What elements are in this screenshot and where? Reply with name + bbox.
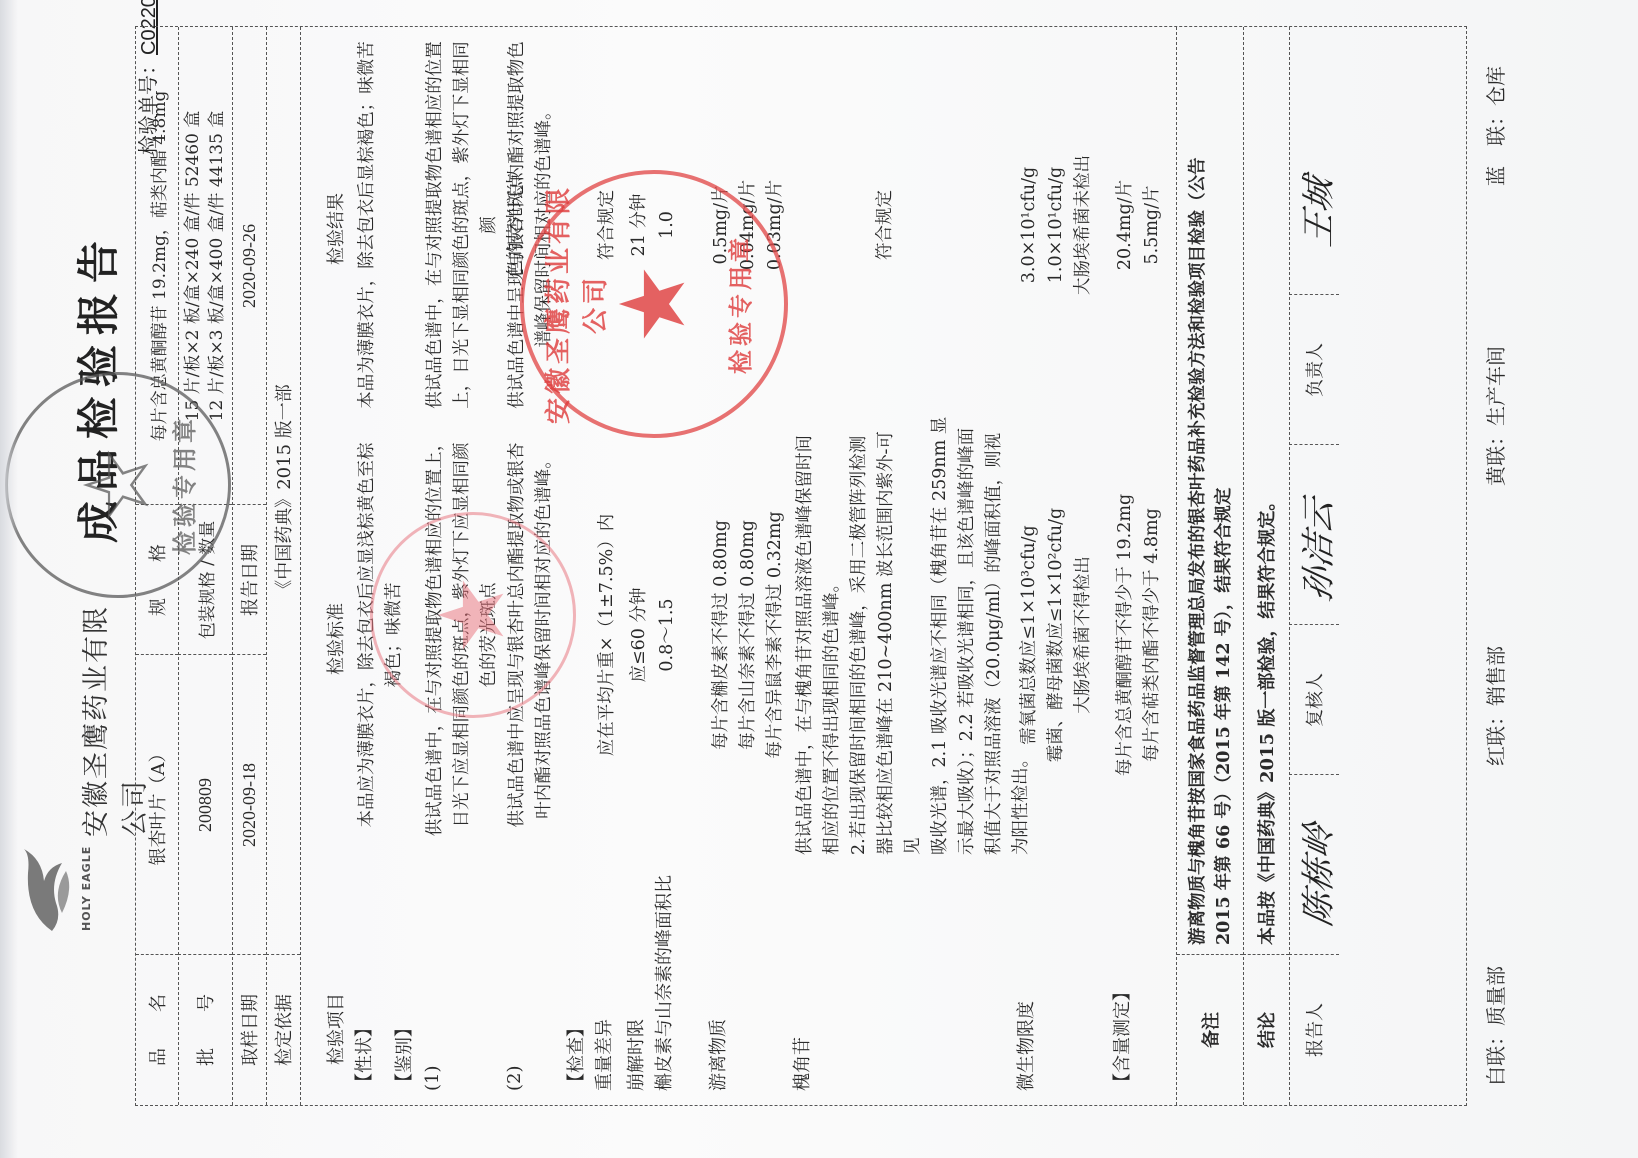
standard-line: 霉菌、酵母菌数应≤1×10²cfu/g bbox=[1043, 415, 1070, 855]
standard-line: 应在平均片重×（1±7.5%）内 bbox=[594, 415, 621, 855]
responsible-signature: 王城 bbox=[1291, 172, 1340, 250]
result-line: 供试品色谱中呈现与银杏叶总内酯对照提取物色 bbox=[504, 35, 531, 415]
test-standard: 供试品色谱中应呈现与银杏叶总内酯提取物或银杏叶内酯对照品色谱峰保留时间相对应的色… bbox=[504, 415, 558, 855]
responsible-label: 负责人 bbox=[1289, 295, 1339, 445]
package-line: 12 片/板×3 板/盒×400 盒/件 44135 盒 bbox=[205, 111, 229, 422]
result-line: 21 分钟 bbox=[626, 35, 653, 415]
test-item-label: 【含量测定】 bbox=[1112, 861, 1134, 1091]
result-line: 符合规定 bbox=[594, 35, 621, 415]
package-value: 15 片/板×2 板/盒×240 盒/件 52460 盒 12 片/板×3 板/… bbox=[178, 27, 232, 505]
test-standard: 需氧菌总数应≤1×10³cfu/g霉菌、酵母菌数应≤1×10²cfu/g大肠埃希… bbox=[1016, 415, 1097, 855]
test-standard: 供试品色谱中，在与槐角苷对照品溶液色谱峰保留时间相应的位置不得出现相同的色谱峰。… bbox=[792, 415, 1035, 855]
result-line: 本品为薄膜衣片，除去包衣后显棕褐色；味微苦 bbox=[354, 35, 381, 415]
standard-line: 0.8～1.5 bbox=[654, 415, 681, 855]
report-table: 品 名 银杏叶片（A） 规 格 每片含总黄酮醇苷 19.2mg，萜类内酯 4.8… bbox=[135, 26, 1467, 1106]
test-result: 符合规定 bbox=[872, 35, 899, 415]
result-line: 3.0×10¹cfu/g bbox=[1016, 35, 1043, 415]
standard-line: 需氧菌总数应≤1×10³cfu/g bbox=[1016, 415, 1043, 855]
row-remarks: 备注 游离物质与槐角苷按国家食品药品监督管理总局发布的银杏叶药品补充检验方法和检… bbox=[1177, 27, 1244, 1105]
copy-red: 红联：销售部 bbox=[1480, 646, 1509, 766]
remarks-label: 备注 bbox=[1177, 955, 1243, 1105]
report-date-value: 2020-09-26 bbox=[232, 27, 266, 505]
test-items-section: 检验项目 检验标准 检验结果 【性状】本品应为薄膜衣片，除去包衣后应显浅棕黄色至… bbox=[304, 27, 1176, 1105]
standard-line: 每片含异鼠李素不得过 0.32mg bbox=[762, 415, 789, 855]
basis-value: 《中国药典》2015 版一部 bbox=[266, 27, 300, 955]
eagle-logo-icon bbox=[22, 847, 76, 933]
result-line: 符合规定 bbox=[872, 35, 899, 415]
remarks-line: 游离物质与槐角苷按国家食品药品监督管理总局发布的银杏叶药品补充检验方法和检验项目… bbox=[1185, 37, 1211, 945]
conclusion-text: 本品按《中国药典》2015 版一部检验，结果符合规定。 bbox=[1253, 493, 1279, 945]
reporter-label: 报告人 bbox=[1289, 955, 1339, 1105]
product-name-value: 银杏叶片（A） bbox=[136, 655, 178, 955]
basis-label: 检定依据 bbox=[266, 955, 300, 1105]
standard-line: 大肠埃希菌不得检出 bbox=[1070, 415, 1097, 855]
standard-line: 供试品色谱中应呈现与银杏叶总内酯提取物或银杏 bbox=[504, 415, 531, 855]
report-date-label: 报告日期 bbox=[232, 505, 266, 655]
remarks-text: 游离物质与槐角苷按国家食品药品监督管理总局发布的银杏叶药品补充检验方法和检验项目… bbox=[1185, 37, 1237, 945]
test-result: 本品为薄膜衣片，除去包衣后显棕褐色；味微苦 bbox=[354, 35, 381, 415]
standard-line: 叶内酯对照品色谱峰保留时间相对应的色谱峰。 bbox=[531, 415, 558, 855]
standard-line: 供试品色谱中，在与槐角苷对照品溶液色谱峰保留时间 bbox=[792, 415, 819, 855]
row-conclusion: 结论 本品按《中国药典》2015 版一部检验，结果符合规定。 bbox=[1243, 27, 1290, 1105]
test-standard: 每片含槲皮素不得过 0.80mg每片含山奈素不得过 0.80mg每片含异鼠李素不… bbox=[708, 415, 789, 855]
test-result: 1.0 bbox=[654, 35, 681, 415]
result-line: 0.04mg/片 bbox=[735, 35, 762, 415]
sample-date-value: 2020-09-18 bbox=[232, 655, 266, 955]
test-standard: 应在平均片重×（1±7.5%）内 bbox=[594, 415, 621, 855]
product-name-label: 品 名 bbox=[136, 955, 178, 1105]
standard-line: 每片含萜类内酯不得少于 4.8mg bbox=[1139, 415, 1166, 855]
test-item-label: (1) bbox=[422, 861, 444, 1091]
result-line: 20.4mg/片 bbox=[1112, 35, 1139, 415]
standard-line: 示最大吸收）；2.2 若吸收光谱相同，且该色谱峰的峰面 bbox=[954, 415, 981, 855]
result-line: 谱峰保留时间相对应的色谱峰。 bbox=[531, 35, 558, 415]
standard-line: 器比较相应色谱峰在 210~400nm 波长范围内紫外-可见 bbox=[873, 415, 927, 855]
test-standard: 本品应为薄膜衣片，除去包衣后应显浅棕黄色至棕褐色；味微苦 bbox=[354, 415, 408, 855]
standard-line: 本品应为薄膜衣片，除去包衣后应显浅棕黄色至棕 bbox=[354, 415, 381, 855]
test-result: 21 分钟 bbox=[626, 35, 653, 415]
report-title: 成品检验报告 bbox=[66, 231, 126, 543]
copy-yellow: 黄联：生产车间 bbox=[1480, 346, 1509, 486]
test-item-label: 槲皮素与山奈素的峰面积比 bbox=[654, 861, 676, 1091]
package-label: 包装规格 / 数量 bbox=[178, 505, 232, 655]
test-item-label: (2) bbox=[504, 861, 526, 1091]
standard-line: 2.若出现保留时间相同的色谱峰，采用二极管阵列检测 bbox=[846, 415, 873, 855]
header-standard: 检验标准 bbox=[322, 603, 348, 675]
header-result: 检验结果 bbox=[322, 193, 348, 265]
standard-line: 褐色；味微苦 bbox=[381, 415, 408, 855]
standard-line: 每片含槲皮素不得过 0.80mg bbox=[708, 415, 735, 855]
reviewer-label: 复核人 bbox=[1289, 625, 1339, 775]
copy-white: 白联：质量部 bbox=[1480, 966, 1509, 1086]
result-line: 1.0×10¹cfu/g bbox=[1043, 35, 1070, 415]
result-line: 0.5mg/片 bbox=[708, 35, 735, 415]
test-item-label: 槐角苷 bbox=[792, 861, 814, 1091]
test-item-label: 崩解时限 bbox=[626, 861, 648, 1091]
row-dates: 取样日期 2020-09-18 报告日期 2020-09-26 bbox=[232, 27, 267, 1105]
result-line: 1.0 bbox=[654, 35, 681, 415]
test-item-label: 【检查】 bbox=[566, 861, 588, 1091]
report-header: HOLY EAGLE 安徽圣鹰药业有限公司 成品检验报告 检验单号：C02200… bbox=[22, 33, 152, 933]
test-result: 3.0×10¹cfu/g1.0×10¹cfu/g大肠埃希菌未检出 bbox=[1016, 35, 1097, 415]
standard-line: 供试品色谱中，在与对照提取物色谱相应的位置上， bbox=[422, 415, 449, 855]
test-item-label: 游离物质 bbox=[708, 861, 730, 1091]
reporter-signature: 陈栋岭 bbox=[1291, 818, 1340, 930]
test-standard: 每片含总黄酮醇苷不得少于 19.2mg每片含萜类内酯不得少于 4.8mg bbox=[1112, 415, 1166, 855]
test-item-label: 【鉴别】 bbox=[394, 861, 416, 1091]
test-result: 0.5mg/片0.04mg/片0.03mg/片 bbox=[708, 35, 789, 415]
batch-label: 批 号 bbox=[178, 955, 232, 1105]
test-standard: 应≤60 分钟 bbox=[626, 415, 653, 855]
spec-label: 规 格 bbox=[136, 505, 178, 655]
standard-line: 相应的位置不得出现相同的色谱峰。 bbox=[819, 415, 846, 855]
row-product-name: 品 名 银杏叶片（A） 规 格 每片含总黄酮醇苷 19.2mg，萜类内酯 4.8… bbox=[136, 27, 179, 1105]
batch-value: 200809 bbox=[178, 655, 232, 955]
result-line: 5.5mg/片 bbox=[1139, 35, 1166, 415]
package-line: 15 片/板×2 板/盒×240 盒/件 52460 盒 bbox=[181, 111, 205, 422]
test-result: 供试品色谱中呈现与银杏叶总内酯对照提取物色谱峰保留时间相对应的色谱峰。 bbox=[504, 35, 558, 415]
copies-distribution: 白联：质量部 红联：销售部 黄联：生产车间 蓝 联：仓库 bbox=[1480, 28, 1520, 1106]
standard-line: 吸收光谱，2.1 吸收光谱应不相同（槐角苷在 259nm 显 bbox=[927, 415, 954, 855]
test-item-label: 微生物限度 bbox=[1016, 861, 1038, 1091]
standard-line: 应≤60 分钟 bbox=[626, 415, 653, 855]
test-result: 20.4mg/片5.5mg/片 bbox=[1112, 35, 1166, 415]
test-standard: 0.8～1.5 bbox=[654, 415, 681, 855]
spec-value: 每片含总黄酮醇苷 19.2mg，萜类内酯 4.8mg bbox=[136, 27, 178, 505]
standard-line: 每片含总黄酮醇苷不得少于 19.2mg bbox=[1112, 415, 1139, 855]
result-line: 上，日光下显相同颜色的斑点，紫外灯下显相同颜 bbox=[449, 35, 503, 415]
standard-line: 日光下应显相同颜色的斑点，紫外灯下应显相同颜 bbox=[449, 415, 476, 855]
row-basis: 检定依据 《中国药典》2015 版一部 bbox=[266, 27, 301, 1105]
row-signatures: 报告人 陈栋岭 复核人 孙洁云 负责人 王城 bbox=[1289, 27, 1339, 1105]
standard-line: 积值大于对照品溶液（20.0μg/ml）的峰面积值，则视 bbox=[981, 415, 1008, 855]
remarks-line: 2015 年第 66 号）（2015 年第 142 号），结果符合规定 bbox=[1211, 37, 1237, 945]
sample-date-label: 取样日期 bbox=[232, 955, 266, 1105]
header-test-item: 检验项目 bbox=[322, 993, 348, 1065]
test-result: 符合规定 bbox=[594, 35, 621, 415]
standard-line: 色的荧光斑点 bbox=[476, 415, 503, 855]
test-item-label: 重量差异 bbox=[594, 861, 616, 1091]
company-logo: HOLY EAGLE 安徽圣鹰药业有限公司 bbox=[22, 603, 82, 933]
result-line: 大肠埃希菌未检出 bbox=[1070, 35, 1097, 415]
company-name-en: HOLY EAGLE bbox=[80, 846, 93, 931]
conclusion-label: 结论 bbox=[1243, 955, 1289, 1105]
standard-line: 每片含山奈素不得过 0.80mg bbox=[735, 415, 762, 855]
result-line: 供试品色谱中，在与对照提取物色谱相应的位置 bbox=[422, 35, 449, 415]
row-batch: 批 号 200809 包装规格 / 数量 15 片/板×2 板/盒×240 盒/… bbox=[178, 27, 233, 1105]
result-line: 0.03mg/片 bbox=[762, 35, 789, 415]
reviewer-signature: 孙洁云 bbox=[1291, 493, 1340, 605]
copy-blue: 蓝 联：仓库 bbox=[1480, 66, 1509, 186]
inspection-report-page: HOLY EAGLE 安徽圣鹰药业有限公司 成品检验报告 检验单号：C02200… bbox=[0, 0, 1638, 1158]
test-standard: 供试品色谱中，在与对照提取物色谱相应的位置上，日光下应显相同颜色的斑点，紫外灯下… bbox=[422, 415, 503, 855]
test-item-label: 【性状】 bbox=[354, 861, 376, 1091]
